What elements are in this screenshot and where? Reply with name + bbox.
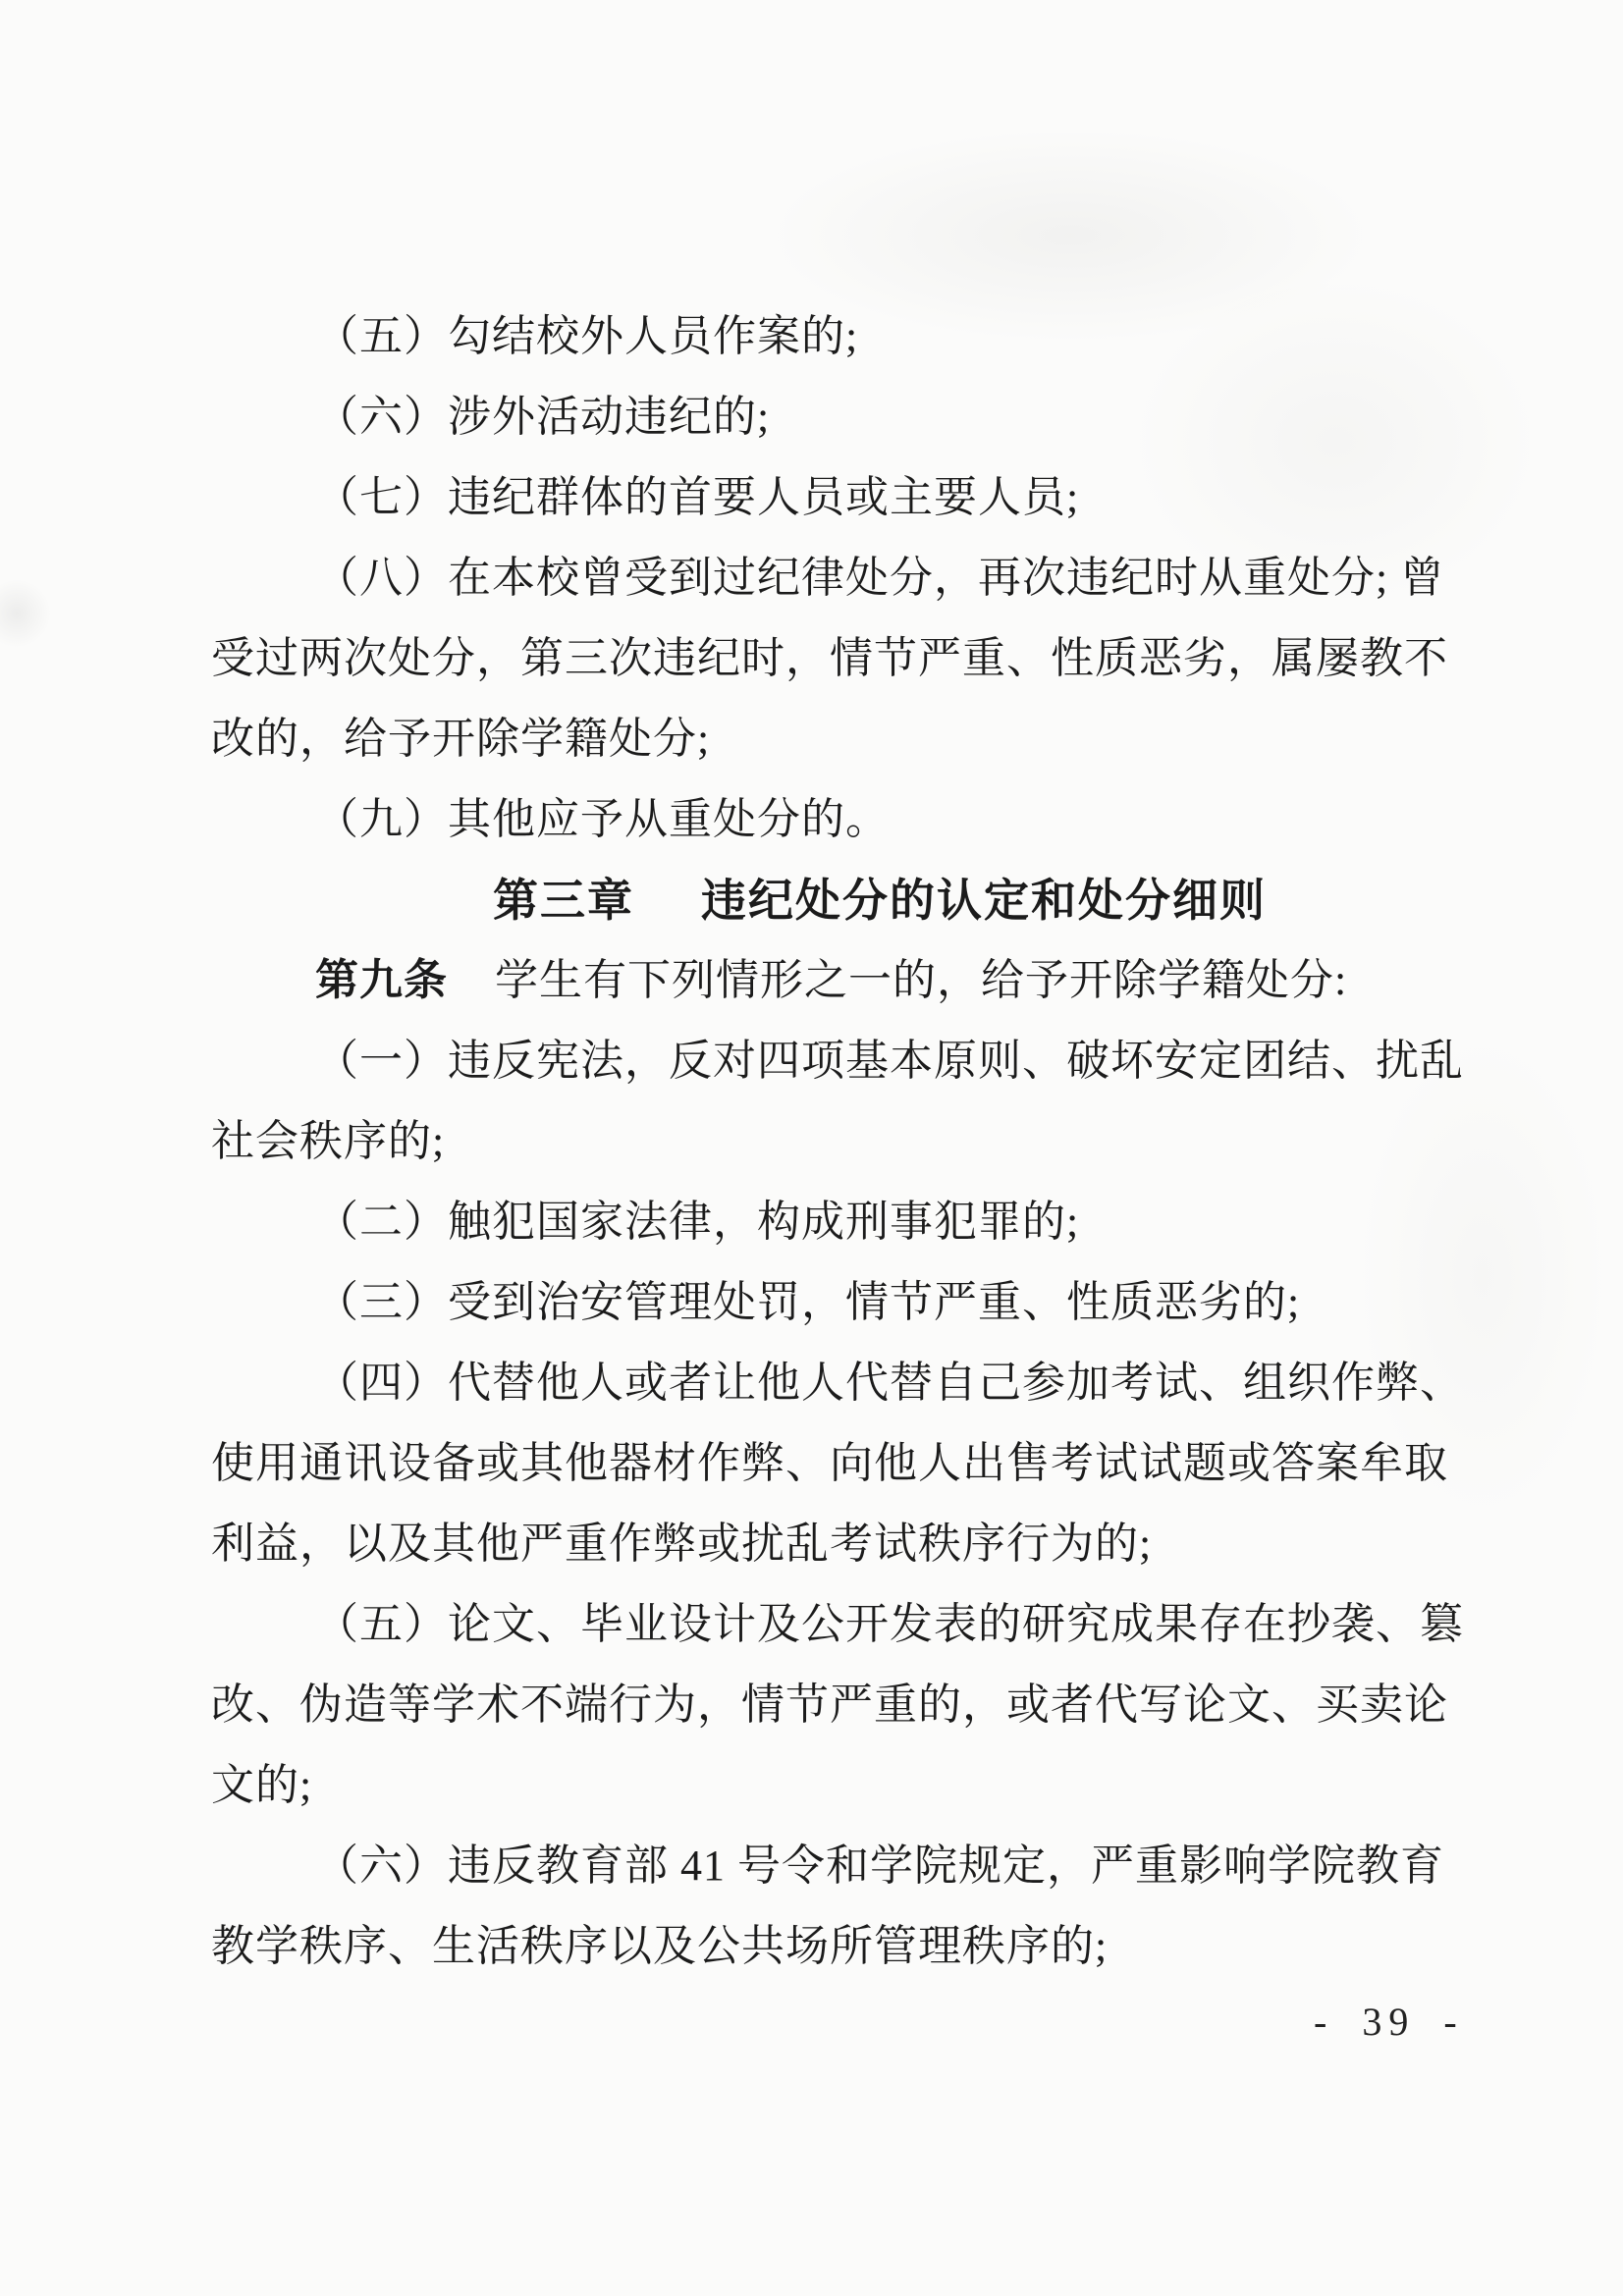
expel-clause-5-line-2: 改、伪造等学术不端行为，情节严重的，或者代写论文、买卖论 (211, 1665, 1450, 1745)
chapter-3-heading-part: 违纪处分的认定和处分细则 (701, 875, 1267, 926)
document-page: （五）勾结校外人员作案的;（六）涉外活动违纪的;（七）违纪群体的首要人员或主要人… (0, 0, 1623, 2296)
chapter-3-heading-part: 第三章 (493, 875, 634, 926)
clause-5-aggravating: （五）勾结校外人员作案的; (211, 296, 1450, 377)
page-number: - 39 - (1314, 1999, 1464, 2045)
expel-clause-2: （二）触犯国家法律，构成刑事犯罪的; (211, 1182, 1450, 1262)
clause-7-aggravating: （七）违纪群体的首要人员或主要人员; (211, 457, 1450, 538)
expel-clause-5-line-1: （五）论文、毕业设计及公开发表的研究成果存在抄袭、篡 (211, 1584, 1450, 1665)
expel-clause-6-line-2: 教学秩序、生活秩序以及公共场所管理秩序的; (211, 1906, 1450, 1987)
chapter-3-heading: 第三章违纪处分的认定和处分细则 (260, 860, 1499, 940)
clause-8-line-3: 改的，给予开除学籍处分; (211, 699, 1450, 779)
expel-clause-1-line-1: （一）违反宪法，反对四项基本原则、破坏安定团结、扰乱 (211, 1021, 1450, 1101)
expel-clause-6-line-1: （六）违反教育部 41 号令和学院规定，严重影响学院教育 (211, 1826, 1450, 1906)
article-9-intro: 第九条学生有下列情形之一的，给予开除学籍处分: (211, 940, 1450, 1021)
document-body: （五）勾结校外人员作案的;（六）涉外活动违纪的;（七）违纪群体的首要人员或主要人… (211, 296, 1450, 1987)
article-9-intro-part: 第九条 (315, 956, 448, 1004)
expel-clause-5-line-3: 文的; (211, 1745, 1450, 1826)
clause-9-aggravating: （九）其他应予从重处分的。 (211, 779, 1450, 860)
article-9-intro-part: 学生有下列情形之一的，给予开除学籍处分: (495, 956, 1347, 1004)
expel-clause-3: （三）受到治安管理处罚，情节严重、性质恶劣的; (211, 1262, 1450, 1343)
scan-noise (0, 579, 51, 648)
clause-8-line-2: 受过两次处分，第三次违纪时，情节严重、性质恶劣，属屡教不 (211, 618, 1450, 699)
expel-clause-4-line-2: 使用通讯设备或其他器材作弊、向他人出售考试试题或答案牟取 (211, 1423, 1450, 1504)
expel-clause-4-line-3: 利益，以及其他严重作弊或扰乱考试秩序行为的; (211, 1504, 1450, 1584)
clause-6-aggravating: （六）涉外活动违纪的; (211, 377, 1450, 457)
expel-clause-4-line-1: （四）代替他人或者让他人代替自己参加考试、组织作弊、 (211, 1343, 1450, 1423)
clause-8-line-1: （八）在本校曾受到过纪律处分，再次违纪时从重处分; 曾 (211, 538, 1450, 618)
expel-clause-1-line-2: 社会秩序的; (211, 1101, 1450, 1182)
